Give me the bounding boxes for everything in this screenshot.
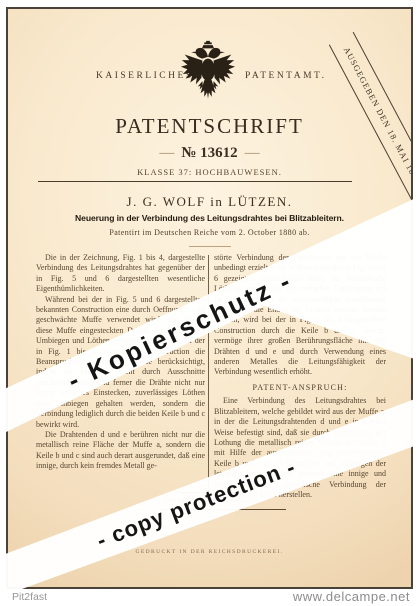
drawings-note-rule-bottom bbox=[160, 509, 286, 510]
eagle-body bbox=[201, 59, 215, 81]
drawings-note-rule-top bbox=[177, 492, 243, 493]
right-dash: — bbox=[238, 145, 267, 161]
claim-heading: PATENT-ANSPRUCH: bbox=[214, 383, 386, 393]
left-dash: — bbox=[152, 145, 181, 161]
patent-number-row: —№ 13612— bbox=[8, 145, 411, 162]
column-divider bbox=[208, 255, 209, 505]
eagle-left-wing bbox=[181, 54, 202, 84]
office-name-left: KAISERLICHES bbox=[96, 71, 194, 81]
patent-class-line: KLASSE 37: HOCHBAUWESEN. bbox=[8, 167, 411, 177]
patented-date-line: Patentirt im Deutschen Reiche vom 2. Oct… bbox=[8, 228, 411, 237]
patent-number: № 13612 bbox=[181, 145, 237, 161]
paragraph: Während bei der in Fig. 5 und 6 dargeste… bbox=[36, 295, 205, 430]
paragraph: Die Drahtenden d und e berühren nicht nu… bbox=[36, 430, 205, 472]
eagle-crown bbox=[202, 41, 214, 48]
marketplace-url: www.delcampe.net bbox=[293, 589, 410, 604]
office-name-right: PATENTAMT. bbox=[245, 71, 327, 81]
claim-paragraph: Eine Verbindung des Leitungsdrahtes bei … bbox=[214, 396, 386, 500]
imperial-eagle-emblem bbox=[180, 39, 236, 111]
title-separator-rule bbox=[189, 246, 231, 247]
paragraph: störte Verbindung der Drahtenden mit der… bbox=[214, 253, 386, 378]
header-rule bbox=[38, 181, 352, 182]
seller-watermark: Pit2fast bbox=[12, 591, 47, 603]
paragraph: Die in der Zeichnung, Fig. 1 bis 4, darg… bbox=[36, 253, 205, 295]
document-type-heading: PATENTSCHRIFT bbox=[8, 114, 411, 139]
body-column-left: Die in der Zeichnung, Fig. 1 bis 4, darg… bbox=[36, 253, 205, 501]
inventor-line: J. G. WOLF in LÜTZEN. bbox=[8, 194, 411, 210]
eagle-right-wing bbox=[214, 54, 235, 84]
eagle-left-head bbox=[191, 48, 208, 59]
patent-page: KAISERLICHES PATENTAMT. PATENTSCHRIFT —№… bbox=[6, 7, 413, 589]
patent-title: Neuerung in der Verbindung des Leitungsd… bbox=[8, 213, 411, 223]
body-column-right: störte Verbindung der Drahtenden mit der… bbox=[214, 253, 386, 505]
printer-imprint: GEDRUCKT IN DER REICHSDRUCKEREI. bbox=[8, 549, 411, 555]
listing-footer: Pit2fast www.delcampe.net bbox=[0, 589, 420, 606]
drawings-note: Hierzu 1 Blatt Zeichnungen. bbox=[8, 496, 411, 504]
eagle-right-head bbox=[208, 48, 225, 59]
listing-image: KAISERLICHES PATENTAMT. PATENTSCHRIFT —№… bbox=[0, 0, 420, 606]
eagle-tail bbox=[201, 80, 216, 99]
